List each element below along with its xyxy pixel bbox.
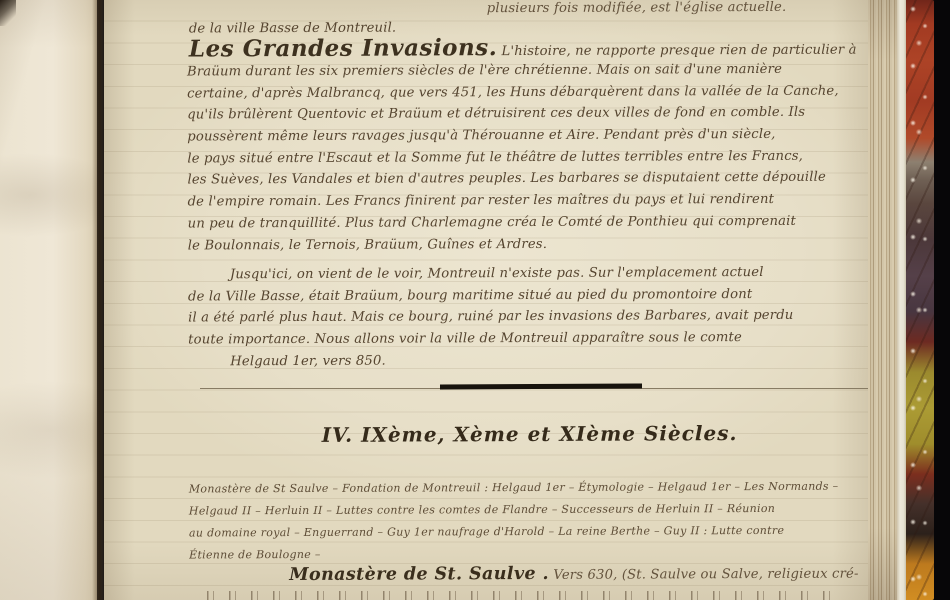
invasions-lead: L'histoire, ne rapporte presque rien de … <box>502 43 857 60</box>
invasions-heading: Les Grandes Invasions. <box>189 34 497 62</box>
invasions-heading-row: Les Grandes Invasions. L'histoire, ne ra… <box>189 35 857 61</box>
body-line: poussèrent même leurs ravages jusqu'à Th… <box>187 128 775 144</box>
body-line: qu'ils brûlèrent Quentovic et Braüum et … <box>187 106 805 122</box>
monastery-subheading: Monastère de St. Saulve . <box>289 564 549 585</box>
body-line: Jusqu'ici, on vient de le voir, Montreui… <box>188 266 764 282</box>
marbled-cover-edge <box>906 0 934 600</box>
toc-line: Étienne de Boulogne – <box>189 549 321 561</box>
top-line: de la ville Basse de Montreuil. <box>189 22 397 36</box>
manuscript-photo: plusieurs fois modifiée, est l'église ac… <box>0 0 950 600</box>
top-left-corner-shadow <box>0 0 16 26</box>
page-edges <box>868 0 897 600</box>
facing-blank-page <box>0 0 97 600</box>
clipped-text-line <box>200 591 840 600</box>
body-line: de la Ville Basse, était Braüum, bourg m… <box>188 288 752 304</box>
body-line: Helgaud 1er, vers 850. <box>188 355 386 369</box>
body-line: le pays situé entre l'Escaut et la Somme… <box>187 150 803 166</box>
toc-line: Helgaud II – Herluin II – Luttes contre … <box>189 503 775 517</box>
manuscript-page: plusieurs fois modifiée, est l'église ac… <box>104 0 871 600</box>
body-line: le Boulonnais, le Ternois, Braüum, Guîne… <box>188 238 547 253</box>
body-line: il a été parlé plus haut. Mais ce bourg,… <box>188 309 793 325</box>
cover-board-edge <box>897 0 906 600</box>
monastery-lead: Vers 630, (St. Saulve ou Salve, religieu… <box>553 567 858 583</box>
handwritten-text-block: plusieurs fois modifiée, est l'église ac… <box>187 0 872 600</box>
body-line: Braüum durant les six premiers siècles d… <box>187 63 782 79</box>
chapter-heading: IV. IXème, Xème et XIème Siècles. <box>189 423 871 446</box>
body-line: toute importance. Nous allons voir la vi… <box>188 331 742 347</box>
body-line: un peu de tranquillité. Plus tard Charle… <box>188 215 796 231</box>
body-line: de l'empire romain. Les Francs finirent … <box>188 193 775 209</box>
body-line: les Suèves, les Vandales et bien d'autre… <box>187 171 826 187</box>
background <box>934 0 950 600</box>
body-line: certaine, d'après Malbrancq, que vers 45… <box>187 85 839 101</box>
top-partial-line: plusieurs fois modifiée, est l'église ac… <box>487 1 787 16</box>
section-divider-bar <box>440 383 642 389</box>
monastery-heading-row: Monastère de St. Saulve . Vers 630, (St.… <box>289 565 858 585</box>
toc-line: Monastère de St Saulve – Fondation de Mo… <box>189 481 839 495</box>
toc-line: au domaine royal – Enguerrand – Guy 1er … <box>189 525 784 539</box>
